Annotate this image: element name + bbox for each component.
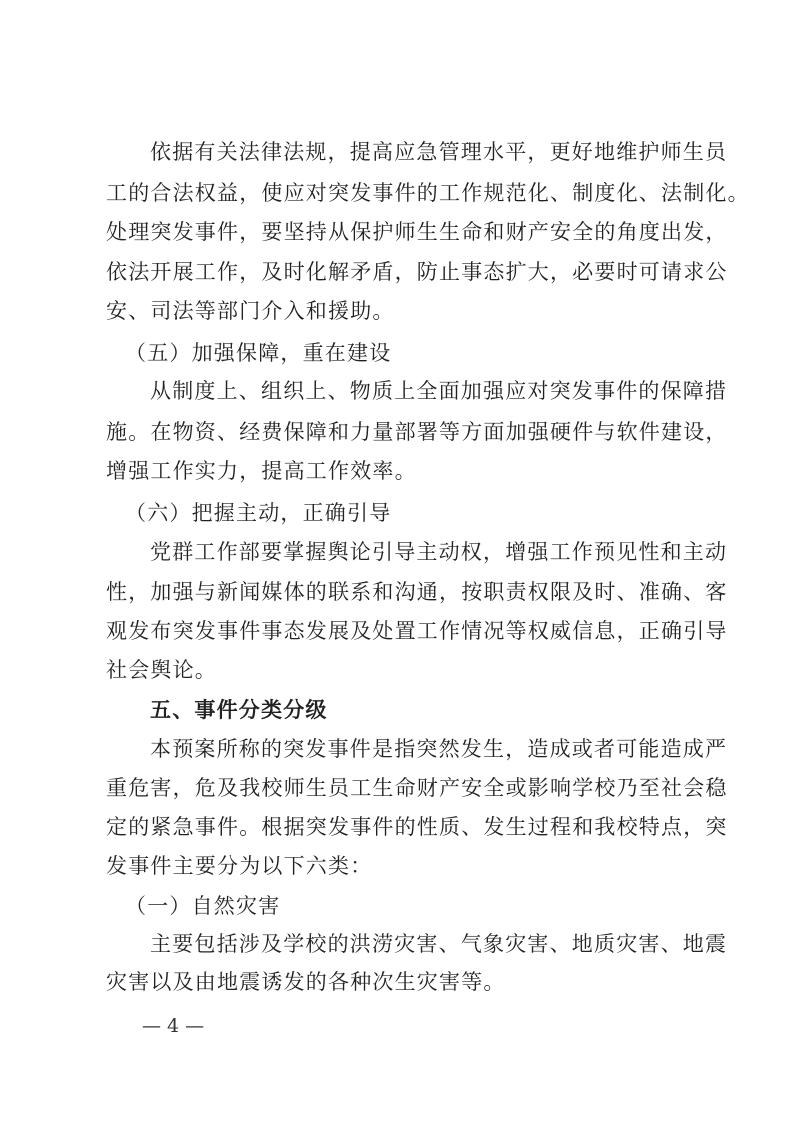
subsection-heading: （五）加强保障，重在建设 — [125, 341, 391, 365]
paragraph-line: 观发布突发事件事态发展及处置工作情况等权威信息，正确引导 — [106, 619, 728, 643]
paragraph-line: 主要包括涉及学校的洪涝灾害、气象灾害、地质灾害、地震 — [150, 932, 727, 956]
paragraph-line: 依法开展工作，及时化解矛盾，防止事态扩大，必要时可请求公 — [106, 260, 728, 284]
paragraph-line: 灾害以及由地震诱发的各种次生灾害等。 — [106, 970, 506, 994]
paragraph-line: 施。在物资、经费保障和力量部署等方面加强硬件与软件建设， — [106, 420, 728, 444]
subsection-heading: （六）把握主动，正确引导 — [125, 501, 391, 525]
document-page: 依据有关法律法规，提高应急管理水平，更好地维护师生员 工的合法权益，使应对突发事… — [0, 0, 793, 1122]
paragraph-line: 处理突发事件，要坚持从保护师生生命和财产安全的角度出发， — [106, 220, 728, 244]
paragraph-line: 定的紧急事件。根据突发事件的性质、发生过程和我校特点，突 — [106, 815, 728, 839]
paragraph-line: 增强工作实力，提高工作效率。 — [106, 459, 417, 483]
paragraph-line: 安、司法等部门介入和援助。 — [106, 299, 395, 323]
paragraph-line: 工的合法权益，使应对突发事件的工作规范化、制度化、法制化。 — [106, 181, 750, 205]
paragraph-line: 性，加强与新闻媒体的联系和沟通，按职责权限及时、准确、客 — [106, 580, 728, 604]
paragraph-line: 从制度上、组织上、物质上全面加强应对突发事件的保障措 — [150, 379, 727, 403]
page-number: — 4 — — [142, 1015, 204, 1037]
paragraph-line: 发事件主要分为以下六类： — [106, 854, 372, 878]
section-heading: 五、事件分类分级 — [150, 698, 328, 722]
paragraph-line: 依据有关法律法规，提高应急管理水平，更好地维护师生员 — [150, 140, 727, 164]
paragraph-line: 重危害，危及我校师生员工生命财产安全或影响学校乃至社会稳 — [106, 776, 728, 800]
subsection-heading: （一）自然灾害 — [125, 894, 280, 918]
paragraph-line: 社会舆论。 — [106, 658, 217, 682]
paragraph-line: 本预案所称的突发事件是指突然发生，造成或者可能造成严 — [150, 737, 727, 761]
paragraph-line: 党群工作部要掌握舆论引导主动权，增强工作预见性和主动 — [150, 540, 727, 564]
